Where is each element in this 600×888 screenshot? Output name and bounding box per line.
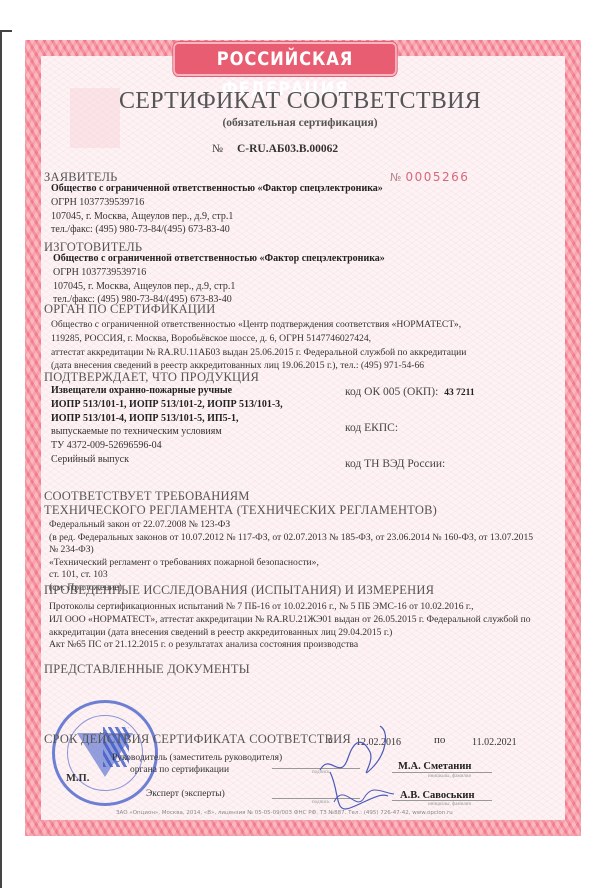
number-sign: № xyxy=(212,143,223,155)
test-line: аккредитации (дата внесения сведений в р… xyxy=(49,627,531,640)
manufacturer-block: Общество с ограниченной ответственностью… xyxy=(53,252,385,307)
certification-body-line: 119285, РОССИЯ, г. Москва, Воробьёвское … xyxy=(51,332,466,346)
product-name: Извещатели охранно-пожарные ручные xyxy=(51,384,283,398)
handwritten-signatures-icon xyxy=(310,722,400,822)
applicant-address: 107045, г. Москва, Ащеулов пер., д.9, ст… xyxy=(51,210,383,224)
certificate-number: №C-RU.АБ03.В.00062 xyxy=(212,143,338,155)
validity-heading: СРОК ДЕЙСТВИЯ СЕРТИФИКАТА СООТВЕТСТВИЯ xyxy=(44,732,351,747)
manufacturer-name: Общество с ограниченной ответственностью… xyxy=(53,252,385,266)
certification-body-heading: ОРГАН ПО СЕРТИФИКАЦИИ xyxy=(44,302,216,317)
applicant-ogrn: ОГРН 1037739539716 xyxy=(51,196,383,210)
applicant-block: Общество с ограниченной ответственностью… xyxy=(51,182,383,237)
expert-label: Эксперт (эксперты) xyxy=(146,788,225,802)
certification-body-line: Общество с ограниченной ответственностью… xyxy=(51,318,466,332)
expert-name-line xyxy=(392,800,492,801)
serial-value: 0005266 xyxy=(405,170,469,184)
certificate-number-value: C-RU.АБ03.В.00062 xyxy=(237,143,338,155)
seal-place-label: М.П. xyxy=(66,772,89,786)
certificate-title: СЕРТИФИКАТ СООТВЕТСТВИЯ xyxy=(0,88,600,115)
validity-to-label: по xyxy=(434,734,445,748)
tests-heading: ПРОВЕДЕННЫЕ ИССЛЕДОВАНИЯ (ИСПЫТАНИЯ) И И… xyxy=(44,583,434,598)
requirement-line: «Технический регламент о требованиях пож… xyxy=(49,557,533,570)
head-name-line xyxy=(392,772,492,773)
validity-to-date: 11.02.2021 xyxy=(472,736,517,750)
requirement-line: ст. 101, ст. 103 xyxy=(49,569,533,582)
expert-name-caption: инициалы, фамилия xyxy=(428,802,471,807)
tests-block: Протоколы сертификационных испытаний № 7… xyxy=(49,601,531,652)
tnved-code-label: код ТН ВЭД России: xyxy=(345,458,445,470)
documents-heading: ПРЕДСТАВЛЕННЫЕ ДОКУМЕНТЫ xyxy=(44,662,250,677)
product-line: выпускаемые по техническим условиям xyxy=(51,425,283,439)
test-line: Акт №65 ПС от 21.12.2015 г. о результата… xyxy=(49,639,531,652)
printer-footer: ЗАО «Опцион», Москва, 2014, «В», лицензи… xyxy=(116,810,453,816)
applicant-phone: тел./факс: (495) 980-73-84/(495) 673-83-… xyxy=(51,223,383,237)
test-line: Протоколы сертификационных испытаний № 7… xyxy=(49,601,531,614)
head-name-caption: инициалы, фамилия xyxy=(428,774,471,779)
applicant-name: Общество с ограниченной ответственностью… xyxy=(51,182,383,196)
product-production-type: Серийный выпуск xyxy=(51,453,283,467)
certification-body-block: Общество с ограниченной ответственностью… xyxy=(51,318,466,373)
product-spec: ТУ 4372-009-52696596-04 xyxy=(51,439,283,453)
scan-edge xyxy=(0,30,2,888)
blank-serial-number: №0005266 xyxy=(390,170,469,184)
head-label-2: органа по сертификации xyxy=(130,764,229,778)
serial-sign: № xyxy=(390,171,401,184)
product-block: Извещатели охранно-пожарные ручные ИОПР … xyxy=(51,384,283,467)
scan-edge-top xyxy=(0,30,12,32)
manufacturer-address: 107045, г. Москва, Ащеулов пер., д.9, ст… xyxy=(53,280,385,294)
requirement-line: № 234-ФЗ) xyxy=(49,544,533,557)
requirement-line: Федеральный закон от 22.07.2008 № 123-ФЗ xyxy=(49,519,533,532)
certification-body-line: аттестат аккредитации № RA.RU.11АБ03 выд… xyxy=(51,346,466,360)
ekps-code-label: код ЕКПС: xyxy=(345,422,398,434)
okp-code: код ОК 005 (ОКП):43 7211 xyxy=(345,386,475,398)
okp-code-label: код ОК 005 (ОКП): xyxy=(345,386,438,398)
product-models: ИОПР 513/101-1, ИОПР 513/101-2, ИОПР 513… xyxy=(51,398,283,412)
manufacturer-ogrn: ОГРН 1037739539716 xyxy=(53,266,385,280)
country-banner: РОССИЙСКАЯ ФЕДЕРАЦИЯ xyxy=(173,42,397,76)
test-line: ИЛ ООО «НОРМАТЕСТ», аттестат аккредитаци… xyxy=(49,614,531,627)
certificate-subtitle: (обязательная сертификация) xyxy=(0,117,600,129)
requirement-line: (в ред. Федеральных законов от 10.07.201… xyxy=(49,532,533,545)
okp-code-value: 43 7211 xyxy=(444,388,474,398)
product-heading: ПОДТВЕРЖДАЕТ, ЧТО ПРОДУКЦИЯ xyxy=(44,370,259,385)
requirements-subheading: ТЕХНИЧЕСКОГО РЕГЛАМЕНТА (ТЕХНИЧЕСКИХ РЕГ… xyxy=(44,503,437,518)
product-models: ИОПР 513/101-4, ИОПР 513/101-5, ИП5-1, xyxy=(51,412,283,426)
requirements-heading: СООТВЕТСТВУЕТ ТРЕБОВАНИЯМ xyxy=(44,489,250,504)
